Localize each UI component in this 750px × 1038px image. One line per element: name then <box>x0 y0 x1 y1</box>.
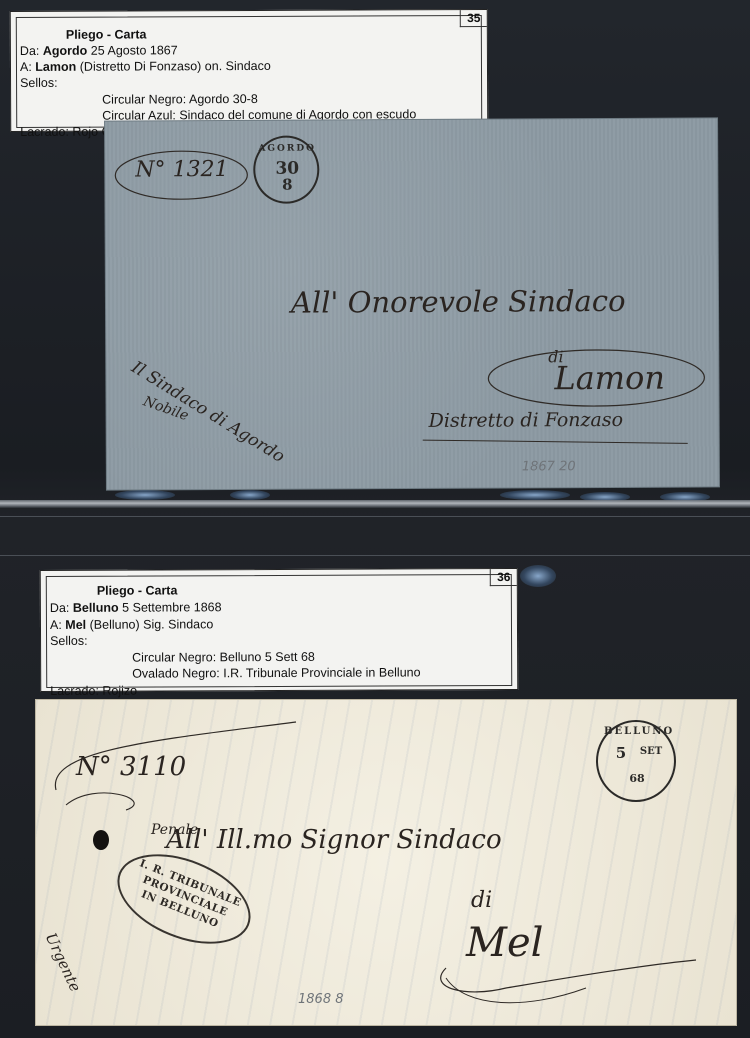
cover-letter-35: N° 1321 AGORDO 30 8 All' Onorevole Sinda… <box>105 118 719 489</box>
oval-stamp-tribunale: I. R. TRIBUNALE PROVINCIALE IN BELLUNO <box>104 837 263 962</box>
item-number: 35 <box>460 10 487 27</box>
stamp-entry: Circular Negro: Belluno 5 Sett 68 <box>132 650 315 666</box>
seal-line: Lacrado: Rojizo <box>50 684 137 699</box>
sleeve-reflection <box>500 490 570 500</box>
description-card-35: 35 Pliego - Carta Da: Agordo 25 Agosto 1… <box>10 9 489 132</box>
from-line: Da: Agordo 25 Agosto 1867 <box>20 43 178 59</box>
album-sleeve-edge <box>0 500 750 508</box>
stamps-label: Sellos: <box>20 76 58 91</box>
postmark-town: AGORDO <box>257 143 317 153</box>
description-card-36: 36 Pliego - Carta Da: Belluno 5 Settembr… <box>40 568 519 692</box>
address-underline <box>423 440 688 444</box>
stamp-entry: Circular Negro: Agordo 30-8 <box>102 92 258 108</box>
to-line: A: Mel (Belluno) Sig. Sindaco <box>50 617 213 633</box>
item-title: Pliego - Carta <box>66 27 147 42</box>
postmark-year: 68 <box>604 772 670 785</box>
address-line-2: di <box>471 888 492 913</box>
item-number: 36 <box>490 569 517 586</box>
sleeve-line <box>0 555 750 556</box>
ink-blot <box>93 830 109 850</box>
postmark-month: SET <box>634 746 668 757</box>
stamps-label: Sellos: <box>50 634 88 649</box>
address-line-3: Lamon <box>554 359 665 398</box>
reference-number: N° 1321 <box>135 157 228 182</box>
sleeve-line <box>0 516 750 517</box>
side-note: Urgente <box>42 930 85 995</box>
address-line-4: Distretto di Fonzaso <box>429 409 624 432</box>
item-title: Pliego - Carta <box>97 583 178 598</box>
to-line: A: Lamon (Distretto Di Fonzaso) on. Sind… <box>20 59 271 75</box>
postmark-month: 8 <box>257 175 317 193</box>
address-line-1: All' Onorevole Sindaco <box>291 284 626 320</box>
reference-number: N° 3110 <box>76 752 186 782</box>
from-line: Da: Belluno 5 Settembre 1868 <box>50 600 222 616</box>
postmark-day: 5 <box>604 744 638 762</box>
pencil-annotation: 1868 8 <box>298 992 344 1007</box>
postmark-town: BELLUNO <box>604 726 670 737</box>
address-line-1: All' Ill.mo Signor Sindaco <box>166 825 502 855</box>
sleeve-reflection <box>230 490 270 500</box>
cover-letter-36: N° 3110 Penale BELLUNO 5 SET 68 I. R. TR… <box>36 700 736 1025</box>
address-flourish <box>406 958 706 1018</box>
sleeve-reflection <box>520 565 556 587</box>
pencil-annotation: 1867 20 <box>522 459 576 474</box>
stamp-entry: Ovalado Negro: I.R. Tribunale Provincial… <box>132 665 420 681</box>
sleeve-reflection <box>115 490 175 500</box>
